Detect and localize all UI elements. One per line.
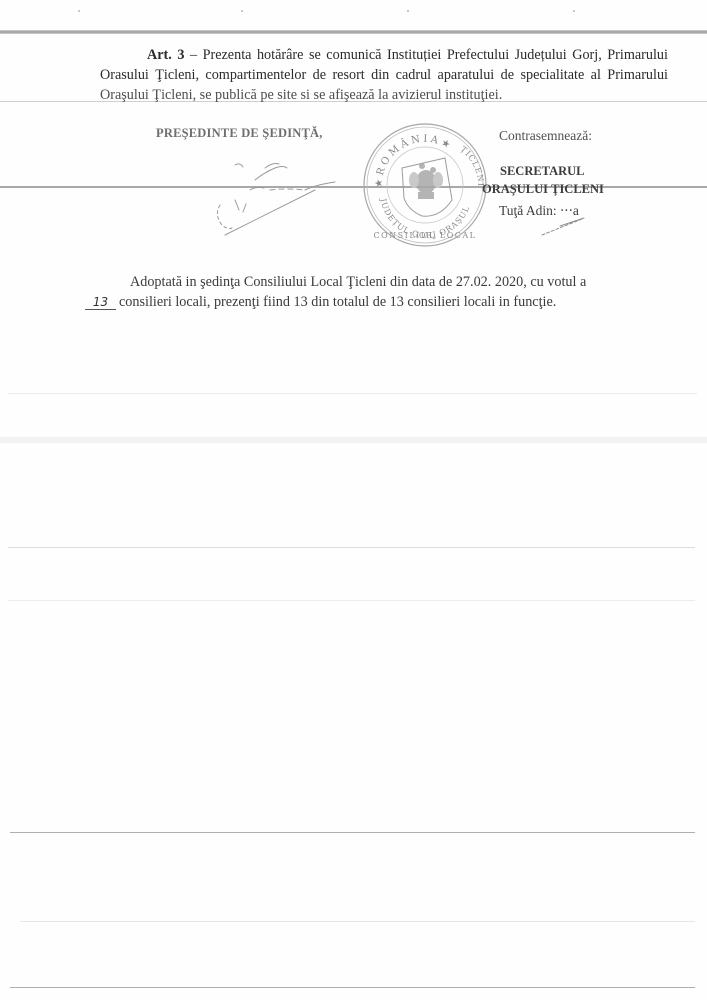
scan-mark <box>241 10 243 12</box>
scan-mark <box>78 10 80 12</box>
article-3-paragraph: Art. 3 – Prezenta hotărâre se comunică I… <box>100 45 668 105</box>
article-3-text-line2: Orasului Ţicleni, compartimentelor de re… <box>100 65 668 85</box>
votes-handwritten-field: 13 <box>85 295 116 310</box>
adoption-line2: consilieri locali, prezenţi fiind 13 din… <box>119 294 556 310</box>
svg-text:CONSILIUL LOCAL: CONSILIUL LOCAL <box>374 231 477 240</box>
document-page: Art. 3 – Prezenta hotărâre se comunică I… <box>0 0 707 1000</box>
secretary-title-line1: SECRETARUL <box>482 162 604 180</box>
secretary-signature-icon <box>540 200 600 240</box>
countersign-label: Contrasemnează: <box>499 128 592 144</box>
scan-line <box>8 600 695 601</box>
secretary-title: SECRETARUL ORAŞULUI ŢICLENI <box>482 162 604 198</box>
article-3-text-line1: – Prezenta hotărâre se comunică Instituț… <box>184 47 668 63</box>
council-seal-icon: ★ROMÂNIA★ JUDEȚUL GORJ ORAȘUL ȚICLENI CO… <box>360 120 490 250</box>
scan-band <box>0 437 707 443</box>
scan-border-line <box>0 30 707 34</box>
scan-line <box>10 987 695 988</box>
article-3-text-line3: Oraşului Ţicleni, se publică pe site si … <box>100 85 668 105</box>
scan-line <box>8 393 697 394</box>
scan-line <box>8 547 695 548</box>
scan-line <box>20 921 695 922</box>
adoption-line1: Adoptată in şedinţa Consiliului Local Ţi… <box>85 272 605 292</box>
scan-line <box>10 832 695 833</box>
president-signature-icon <box>195 150 365 240</box>
secretary-title-line2: ORAŞULUI ŢICLENI <box>482 180 604 198</box>
scan-mark <box>573 10 575 12</box>
scan-mark <box>407 10 409 12</box>
president-title: PREŞEDINTE DE ŞEDINŢĂ, <box>156 126 323 141</box>
article-3-label: Art. 3 <box>147 47 184 63</box>
adoption-statement: Adoptată in şedinţa Consiliului Local Ţi… <box>85 272 605 312</box>
